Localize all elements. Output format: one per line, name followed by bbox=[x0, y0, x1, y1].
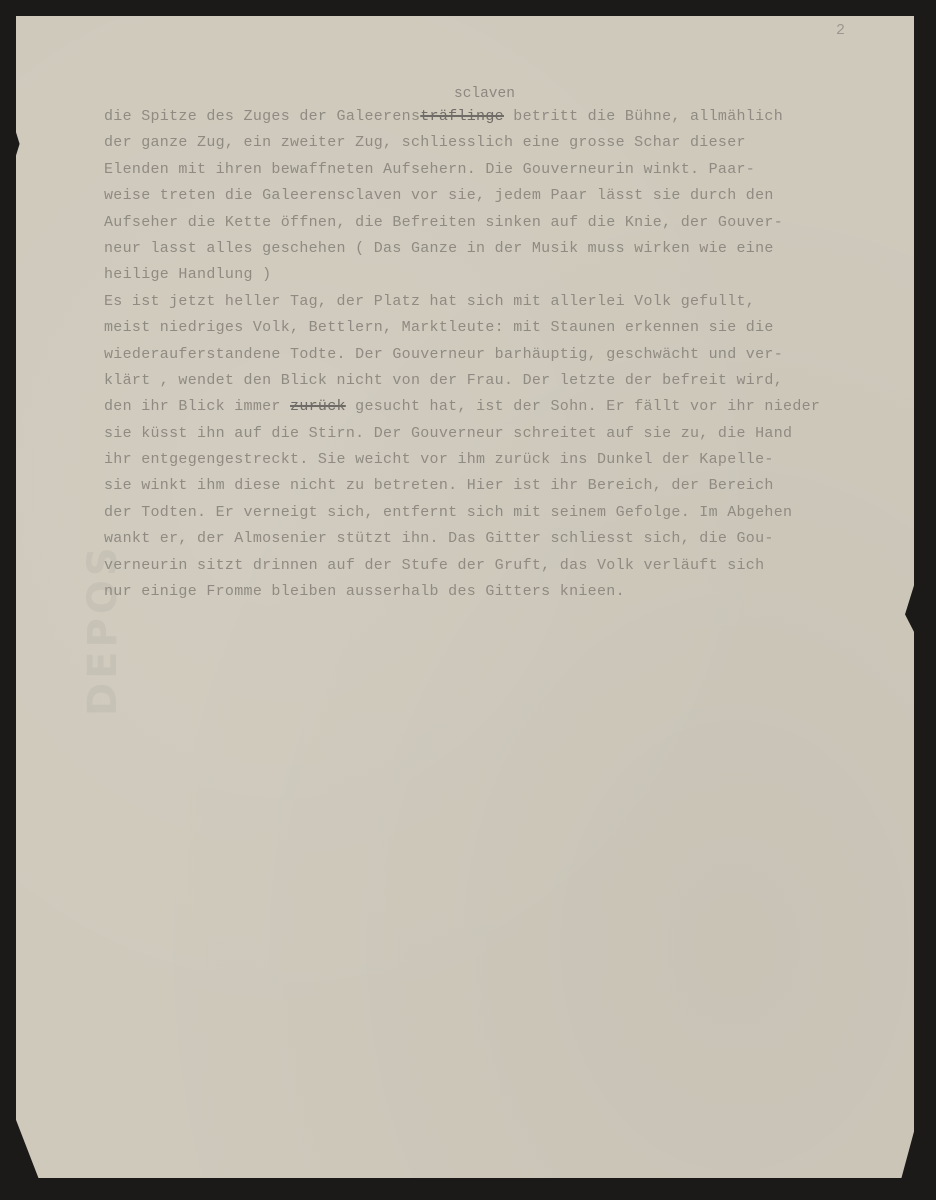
text-segment: Elenden mit ihren bewaffneten Aufsehern.… bbox=[104, 161, 755, 178]
text-line: nur einige Fromme bleiben ausserhalb des… bbox=[104, 579, 904, 605]
text-line: verneurin sitzt drinnen auf der Stufe de… bbox=[104, 553, 904, 579]
text-segment: der ganze Zug, ein zweiter Zug, schliess… bbox=[104, 134, 746, 151]
text-segment: heilige Handlung ) bbox=[104, 266, 271, 283]
text-line: der ganze Zug, ein zweiter Zug, schliess… bbox=[104, 130, 904, 156]
text-line: der Todten. Er verneigt sich, entfernt s… bbox=[104, 500, 904, 526]
text-segment: der Todten. Er verneigt sich, entfernt s… bbox=[104, 504, 792, 521]
struck-word: zurück bbox=[290, 398, 346, 415]
text-segment: ihr entgegengestreckt. Sie weicht vor ih… bbox=[104, 451, 774, 468]
text-segment: betritt die Bühne, allmählich bbox=[504, 108, 783, 125]
text-line: neur lasst alles geschehen ( Das Ganze i… bbox=[104, 236, 904, 262]
text-segment: wankt er, der Almosenier stützt ihn. Das… bbox=[104, 530, 774, 547]
text-line: weise treten die Galeerensclaven vor sie… bbox=[104, 183, 904, 209]
text-segment: gesucht hat, ist der Sohn. Er fällt vor … bbox=[346, 398, 820, 415]
text-line: wiederauferstandene Todte. Der Gouverneu… bbox=[104, 342, 904, 368]
text-segment: klärt , wendet den Blick nicht von der F… bbox=[104, 372, 783, 389]
text-segment: die Spitze des Zuges der Galeerens bbox=[104, 108, 420, 125]
text-line: Es ist jetzt heller Tag, der Platz hat s… bbox=[104, 289, 904, 315]
text-line: ihr entgegengestreckt. Sie weicht vor ih… bbox=[104, 447, 904, 473]
text-line: sie winkt ihm diese nicht zu betreten. H… bbox=[104, 473, 904, 499]
body-text: die Spitze des Zuges der Galeerensträfli… bbox=[104, 104, 904, 605]
text-line: sie küsst ihn auf die Stirn. Der Gouvern… bbox=[104, 421, 904, 447]
typewritten-page: 2 DEPOS sclaven die Spitze des Zuges der… bbox=[16, 16, 914, 1178]
text-segment: den ihr Blick immer bbox=[104, 398, 290, 415]
text-segment: Aufseher die Kette öffnen, die Befreiten… bbox=[104, 214, 783, 231]
text-line: wankt er, der Almosenier stützt ihn. Das… bbox=[104, 526, 904, 552]
text-segment: wiederauferstandene Todte. Der Gouverneu… bbox=[104, 346, 783, 363]
text-line: heilige Handlung ) bbox=[104, 262, 904, 288]
text-segment: Es ist jetzt heller Tag, der Platz hat s… bbox=[104, 293, 755, 310]
handwritten-insertion: sclaven bbox=[454, 86, 515, 102]
text-segment: meist niedriges Volk, Bettlern, Marktleu… bbox=[104, 319, 774, 336]
text-line: den ihr Blick immer zurück gesucht hat, … bbox=[104, 394, 904, 420]
text-line: die Spitze des Zuges der Galeerensträfli… bbox=[104, 104, 904, 130]
text-segment: neur lasst alles geschehen ( Das Ganze i… bbox=[104, 240, 774, 257]
text-segment: sie winkt ihm diese nicht zu betreten. H… bbox=[104, 477, 774, 494]
text-segment: sie küsst ihn auf die Stirn. Der Gouvern… bbox=[104, 425, 792, 442]
text-line: meist niedriges Volk, Bettlern, Marktleu… bbox=[104, 315, 904, 341]
text-line: Elenden mit ihren bewaffneten Aufsehern.… bbox=[104, 157, 904, 183]
text-segment: weise treten die Galeerensclaven vor sie… bbox=[104, 187, 774, 204]
text-line: Aufseher die Kette öffnen, die Befreiten… bbox=[104, 210, 904, 236]
text-segment: verneurin sitzt drinnen auf der Stufe de… bbox=[104, 557, 764, 574]
struck-word: träflinge bbox=[420, 108, 504, 125]
text-line: klärt , wendet den Blick nicht von der F… bbox=[104, 368, 904, 394]
page-number: 2 bbox=[836, 22, 845, 39]
text-segment: nur einige Fromme bleiben ausserhalb des… bbox=[104, 583, 625, 600]
